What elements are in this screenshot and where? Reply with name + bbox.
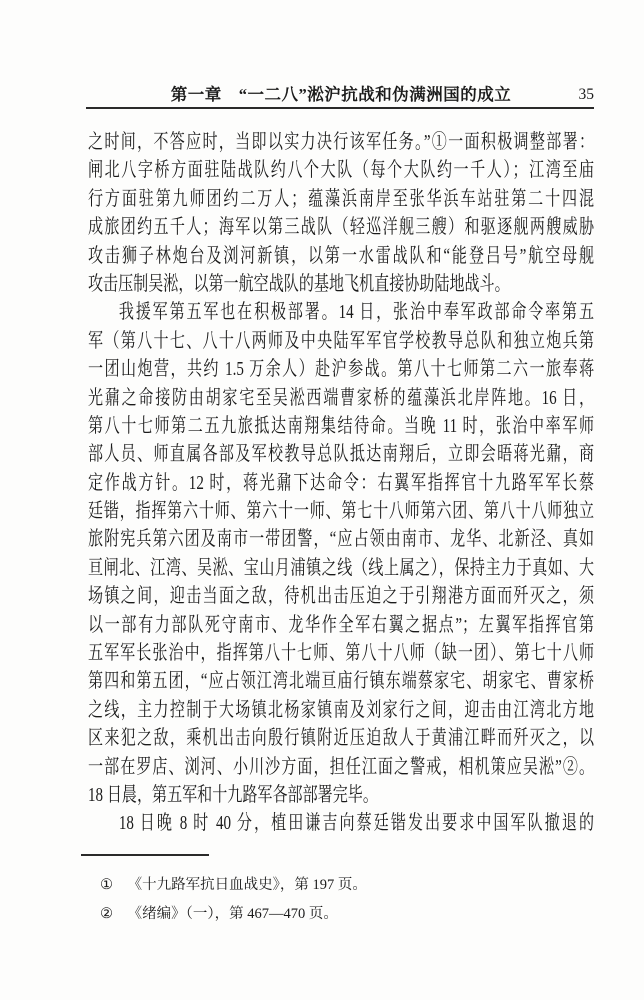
text-line: 18 日晨，第五军和十九路军各部部署完毕。 (88, 781, 594, 809)
text-line: 旅附宪兵第六团及南市一带团警，“应占领由南市、龙华、北新泾、真如 (88, 525, 594, 553)
text-line: 部人员、师直属各部及军校教导总队抵达南翔后，立即会晤蒋光鼐，商 (88, 440, 594, 468)
text-line: 成旅团约五千人；海军以第三战队（轻巡洋舰三艘）和驱逐舰两艘威胁 (88, 213, 594, 241)
header-rule (86, 107, 594, 109)
text-line: 闸北八字桥方面驻陆战队约八个大队（每个大队约一千人）；江湾至庙 (88, 156, 594, 184)
footnote-marker: ② (100, 900, 113, 929)
text-line: 五军军长张治中，指挥第八十七师、第八十八师（缺一团）、第七十八师 (88, 639, 594, 667)
text-line: 廷锴，指挥第六十师、第六十一师、第七十八师第六团、第八十八师独立 (88, 497, 594, 525)
text-line: 场镇之间，迎击当面之敌，待机出击压迫之于引翔港方面而歼灭之，须 (88, 582, 594, 610)
text-line: 一部在罗店、浏河、小川沙方面，担任江面之警戒，相机策应吴淞”②。 (88, 753, 594, 781)
text-line: 军（第八十七、八十八两师及中央陆军军官学校教导总队和独立炮兵第 (88, 327, 594, 355)
text-line: 定作战方针。12 时，蒋光鼐下达命令：右翼军指挥官十九路军军长蔡 (88, 469, 594, 497)
text-line: 攻击压制吴淞，以第一航空战队的基地飞机直接协助陆地战斗。 (88, 270, 594, 298)
text-line: 攻击狮子林炮台及浏河新镇，以第一水雷战队和“能登吕号”航空母舰 (88, 242, 594, 270)
body-text: 之时间，不答应时，当即以实力决行该军任务。”①一面积极调整部署：闸北八字桥方面驻… (88, 128, 594, 838)
text-line: 我援军第五军也在积极部署。14 日，张治中奉军政部命令率第五 (88, 298, 594, 326)
text-line: 第四和第五团，“应占领江湾北端亘庙行镇东端蔡家宅、胡家宅、曹家桥 (88, 667, 594, 695)
footnote-divider (81, 854, 209, 856)
footnote: ① 《十九路军抗日血战史》，第 197 页。 (100, 871, 594, 900)
running-head: 第一章 “一二八”淞沪抗战和伪满洲国的成立 35 (88, 84, 594, 106)
page-number: 35 (579, 84, 595, 106)
footnote: ② 《绪编》（一），第 467—470 页。 (100, 900, 594, 929)
text-line: 区来犯之敌，乘机出击向殷行镇附近压迫敌人于黄浦江畔而歼灭之，以 (88, 724, 594, 752)
chapter-title: 第一章 “一二八”淞沪抗战和伪满洲国的成立 (171, 85, 512, 104)
text-line: 18 日晚 8 时 40 分，植田谦吉向蔡廷锴发出要求中国军队撤退的 (88, 809, 594, 837)
text-line: 之线，主力控制于大场镇北杨家镇南及刘家行之间，迎击由江湾北方地 (88, 696, 594, 724)
text-line: 光鼐之命接防由胡家宅至吴淞西端曹家桥的蕴藻浜北岸阵地。16 日， (88, 384, 594, 412)
text-line: 之时间，不答应时，当即以实力决行该军任务。”①一面积极调整部署： (88, 128, 594, 156)
book-page: 第一章 “一二八”淞沪抗战和伪满洲国的成立 35 之时间，不答应时，当即以实力决… (0, 0, 644, 1000)
footnote-text: 《绪编》（一），第 467—470 页。 (128, 906, 338, 922)
text-line: 第八十七师第二五九旅抵达南翔集结待命。当晚 11 时，张治中率军师 (88, 412, 594, 440)
text-line: 行方面驻第九师团约二万人；蕴藻浜南岸至张华浜车站驻第二十四混 (88, 185, 594, 213)
footnote-marker: ① (100, 871, 113, 900)
text-line: 亘闸北、江湾、吴淞、宝山月浦镇之线（线上属之），保持主力于真如、大 (88, 554, 594, 582)
text-line: 一团山炮营，共约 1.5 万余人）赴沪参战。第八十七师第二六一旅奉蒋 (88, 355, 594, 383)
text-line: 以一部有力部队死守南市、龙华作全军右翼之据点”；左翼军指挥官第 (88, 611, 594, 639)
footnote-list: ① 《十九路军抗日血战史》，第 197 页。 ② 《绪编》（一），第 467—4… (100, 871, 594, 928)
footnote-text: 《十九路军抗日血战史》，第 197 页。 (128, 877, 367, 893)
